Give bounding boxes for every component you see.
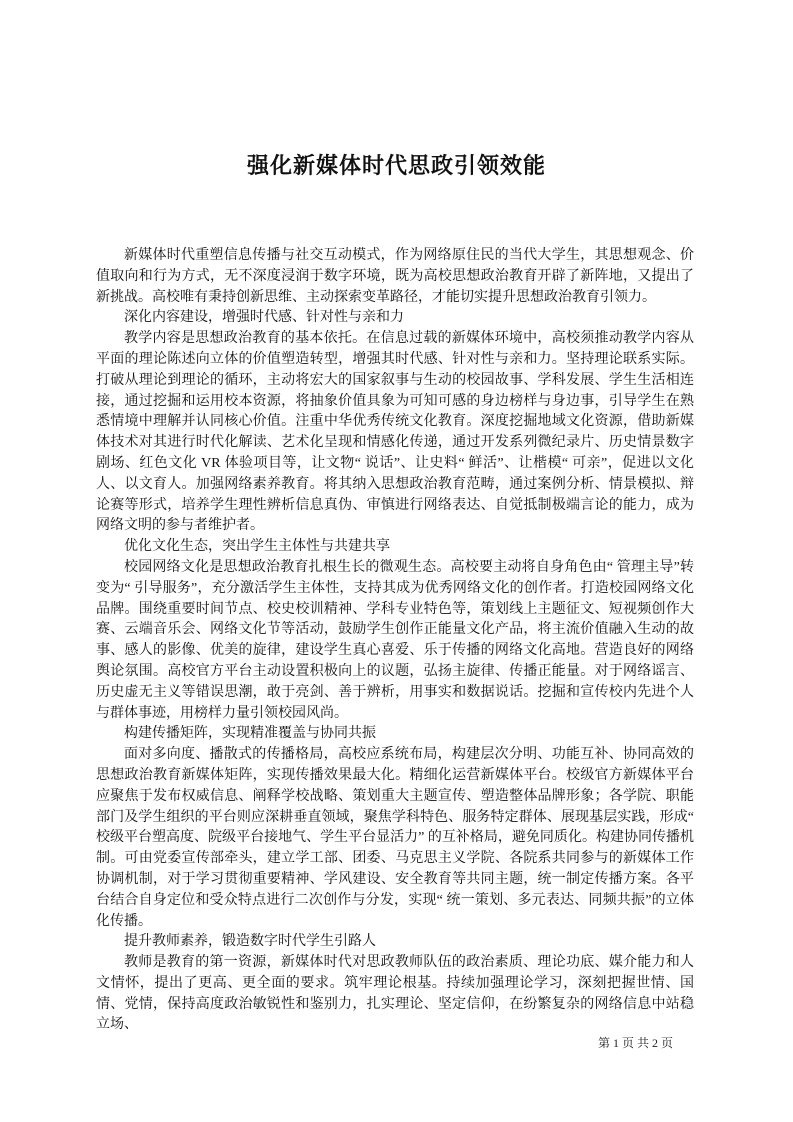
document-body: 新媒体时代重塑信息传播与社交互动模式，作为网络原住民的当代大学生，其思想观念、价…	[96, 246, 694, 1036]
body-paragraph-intro: 新媒体时代重塑信息传播与社交互动模式，作为网络原住民的当代大学生，其思想观念、价…	[96, 246, 694, 308]
section-heading-media-matrix: 构建传播矩阵，实现精准覆盖与协同共振	[96, 724, 694, 745]
section-heading-teacher-quality: 提升教师素养，锻造数字时代学生引路人	[96, 932, 694, 953]
body-paragraph-content-building: 教学内容是思想政治教育的基本依托。在信息过载的新媒体环境中，高校须推动教学内容从…	[96, 329, 694, 537]
page-number-indicator: 第 1 页 共 2 页	[598, 1035, 673, 1051]
document-page: 强化新媒体时代思政引领效能 新媒体时代重塑信息传播与社交互动模式，作为网络原住民…	[0, 0, 793, 1122]
document-title: 强化新媒体时代思政引领效能	[0, 0, 793, 180]
body-paragraph-culture-ecology: 校园网络文化是思想政治教育扎根生长的微观生态。高校要主动将自身角色由“ 管理主导…	[96, 558, 694, 724]
section-heading-content-building: 深化内容建设，增强时代感、针对性与亲和力	[96, 308, 694, 329]
body-paragraph-teacher-quality: 教师是教育的第一资源，新媒体时代对思政教师队伍的政治素质、理论功底、媒介能力和人…	[96, 953, 694, 1036]
body-paragraph-media-matrix: 面对多向度、播散式的传播格局，高校应系统布局，构建层次分明、功能互补、协同高效的…	[96, 745, 694, 932]
section-heading-culture-ecology: 优化文化生态，突出学生主体性与共建共享	[96, 537, 694, 558]
